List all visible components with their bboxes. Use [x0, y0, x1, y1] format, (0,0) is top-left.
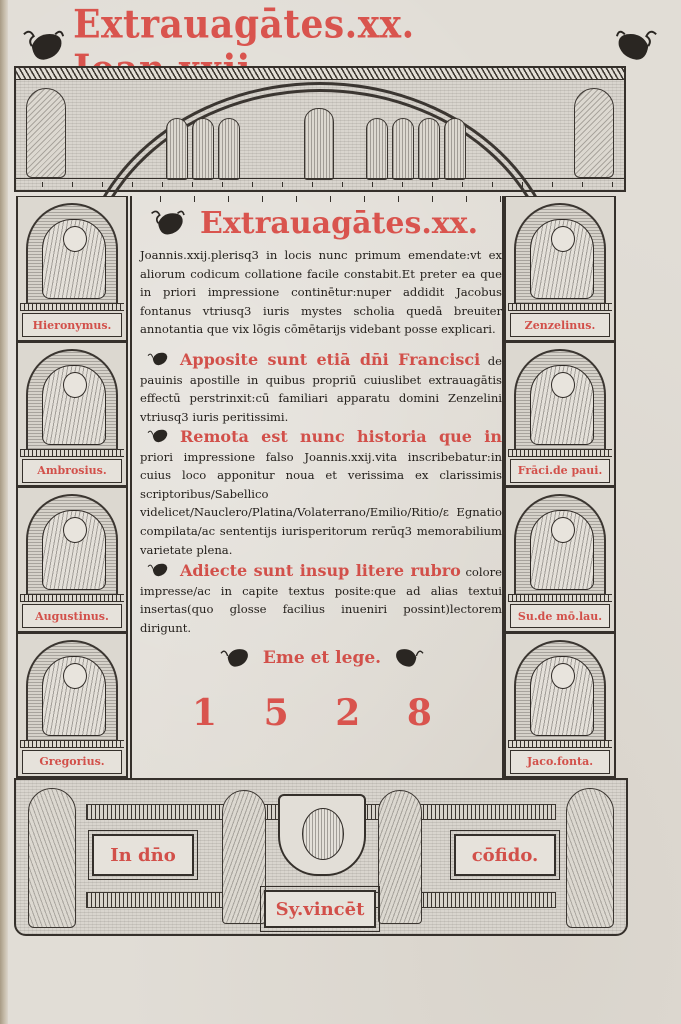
cardinal-figure	[166, 118, 188, 180]
jurist-figure	[530, 219, 594, 299]
saint-figure	[42, 510, 106, 590]
jurist-panel: Frāci.de paui.	[504, 342, 616, 488]
apostle-figure-right	[378, 790, 422, 924]
year-digit: 1	[192, 692, 217, 734]
cardinal-figure	[192, 118, 214, 180]
veronica-veil	[278, 794, 366, 876]
ruler-ticks	[132, 196, 502, 202]
imprint-year: 1 5 2 8	[192, 692, 432, 734]
cardinal-figure	[218, 118, 240, 180]
fleuron-icon	[140, 207, 194, 241]
cardinal-figure	[418, 118, 440, 180]
jurist-panel: Zenzelinus.	[504, 196, 616, 342]
paragraph-lead: Remota est nunc historia que in	[180, 427, 502, 446]
fleuron-icon	[140, 349, 176, 369]
saint-panel: Augustinus.	[16, 487, 128, 633]
closing-row: Eme et lege.	[192, 644, 452, 672]
cardinal-figure	[444, 118, 466, 180]
pope-figure	[304, 108, 334, 180]
fleuron-icon	[213, 644, 257, 672]
saint-figure	[42, 365, 106, 445]
fleuron-icon	[20, 26, 65, 68]
paragraph-lead: Adiecte sunt insup litere rubro	[180, 561, 461, 580]
fleuron-icon	[615, 26, 660, 68]
angel-figure-right	[566, 788, 614, 928]
paragraph-lead: Apposite sunt etiā dn̄i Francisci	[180, 350, 480, 369]
jurist-label: Jaco.fonta.	[510, 750, 610, 774]
main-heading-row: Extrauagātes.xx.	[140, 206, 478, 241]
top-woodcut-pope-and-cardinals	[14, 66, 626, 192]
saint-label: Gregorius.	[22, 750, 122, 774]
saint-label: Hieronymus.	[22, 313, 122, 337]
left-saints-column: Hieronymus. Ambrosius. Augustinus. Grego…	[16, 196, 128, 778]
angel-figure-left	[28, 788, 76, 928]
apostle-figure-left	[222, 790, 266, 924]
fleuron-icon	[140, 560, 176, 580]
year-digit: 2	[335, 692, 360, 734]
title-text-block: Extrauagātes.xx. Joannis.xxij.plerisq3 i…	[130, 196, 504, 778]
bottom-woodcut-veronica: In dn̄o cōfido. Sy.vincēt	[14, 778, 628, 936]
jurist-label: Frāci.de paui.	[510, 459, 610, 483]
saint-panel: Hieronymus.	[16, 196, 128, 342]
jurist-label: Zenzelinus.	[510, 313, 610, 337]
paragraph-rubrics: Adiecte sunt insup litere rubro colore i…	[140, 560, 502, 637]
cartouche-left: In dn̄o	[92, 834, 194, 876]
fleuron-icon	[140, 426, 176, 446]
right-jurists-column: Zenzelinus. Frāci.de paui. Su.de mō.lau.…	[504, 196, 616, 778]
ledge	[20, 449, 124, 457]
jurist-label: Su.de mō.lau.	[510, 604, 610, 628]
ledge	[508, 740, 612, 748]
saint-figure	[42, 656, 106, 736]
fleuron-icon	[387, 644, 431, 672]
cardinals-left	[166, 104, 240, 180]
jurist-panel: Jaco.fonta.	[504, 633, 616, 779]
cardinal-figure	[366, 118, 388, 180]
ledge	[508, 594, 612, 602]
ledge	[20, 303, 124, 311]
angel-figure-right	[574, 88, 614, 178]
angel-figure-left	[26, 88, 66, 178]
page-gutter-edge	[0, 0, 8, 1024]
jurist-panel: Su.de mō.lau.	[504, 487, 616, 633]
pope-group	[304, 104, 334, 180]
ruler-molding	[16, 178, 624, 190]
jurist-figure	[530, 365, 594, 445]
saint-panel: Ambrosius.	[16, 342, 128, 488]
year-digit: 5	[264, 692, 289, 734]
cartouche-center-printer-motto: Sy.vincēt	[264, 890, 376, 928]
saint-panel: Gregorius.	[16, 633, 128, 779]
saint-label: Augustinus.	[22, 604, 122, 628]
ledge	[20, 594, 124, 602]
closing-motto: Eme et lege.	[263, 648, 381, 668]
jurist-figure	[530, 510, 594, 590]
cardinals-right	[366, 104, 466, 180]
main-heading: Extrauagātes.xx.	[200, 206, 478, 241]
book-page: Extrauagātes.xx. Joan.xxij.	[0, 0, 681, 1024]
saint-label: Ambrosius.	[22, 459, 122, 483]
cardinal-figure	[392, 118, 414, 180]
rope-molding	[16, 68, 624, 80]
year-digit: 8	[407, 692, 432, 734]
paragraph-historia: Remota est nunc historia que in priori i…	[140, 426, 502, 559]
ledge	[508, 449, 612, 457]
cartouche-right: cōfido.	[454, 834, 556, 876]
ledge	[20, 740, 124, 748]
paragraph-text: priori impressione falso Joannis.xxij.vi…	[140, 450, 502, 557]
paragraph-intro: Joannis.xxij.plerisq3 in locis nunc prim…	[140, 246, 502, 339]
saint-figure	[42, 219, 106, 299]
paragraph-apostille: Apposite sunt etiā dn̄i Francisci de pau…	[140, 349, 502, 426]
jurist-figure	[530, 656, 594, 736]
ledge	[508, 303, 612, 311]
